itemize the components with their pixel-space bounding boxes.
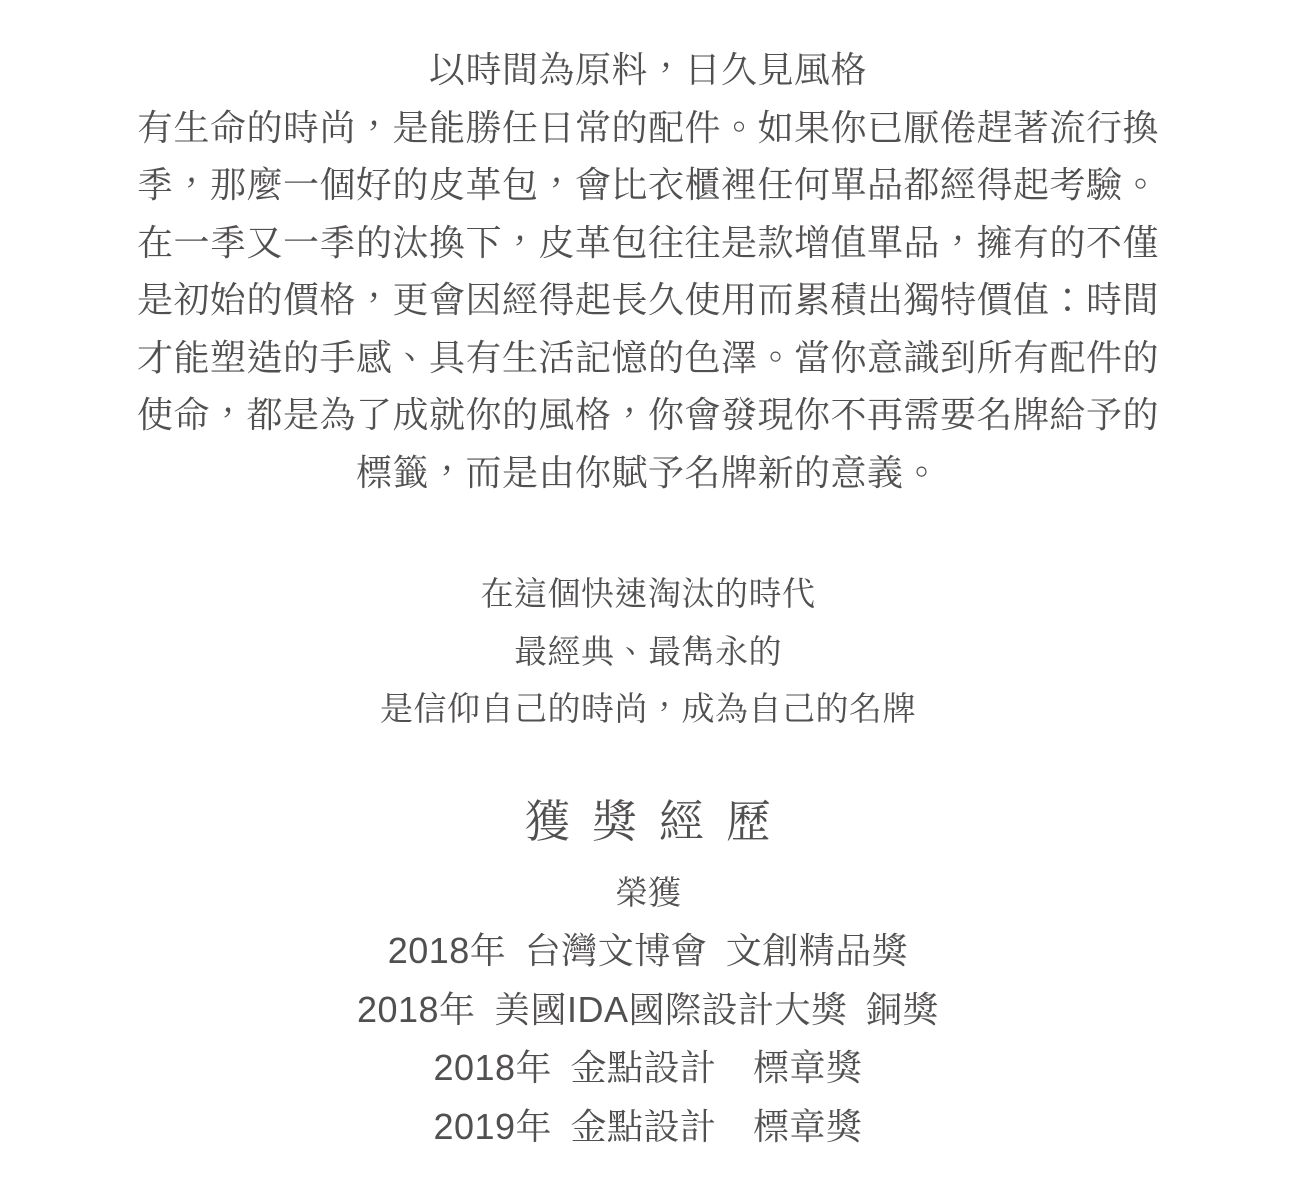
philosophy-line: 才能塑造的手感、具有生活記憶的色澤。當你意識到所有配件的 [0,329,1296,387]
philosophy-line: 有生命的時尚，是能勝任日常的配件。如果你已厭倦趕著流行換 [0,99,1296,157]
philosophy-line: 季，那麼一個好的皮革包，會比衣櫃裡任何單品都經得起考驗。 [0,156,1296,214]
award-item: 2019年 金點設計 標章獎 [0,1098,1296,1157]
slogan-line: 是信仰自己的時尚，成為自己的名牌 [0,680,1296,738]
awards-section: 獲獎經歷 榮獲 2018年 台灣文博會 文創精品獎 2018年 美國IDA國際設… [0,793,1296,1157]
philosophy-section: 以時間為原料，日久見風格 有生命的時尚，是能勝任日常的配件。如果你已厭倦趕著流行… [0,0,1296,501]
philosophy-line: 在一季又一季的汰換下，皮革包往往是款增值單品，擁有的不僅 [0,214,1296,272]
award-item: 2018年 美國IDA國際設計大獎 銅獎 [0,981,1296,1040]
award-item: 2018年 台灣文博會 文創精品獎 [0,922,1296,981]
awards-list: 2018年 台灣文博會 文創精品獎 2018年 美國IDA國際設計大獎 銅獎 2… [0,922,1296,1156]
philosophy-line: 標籤，而是由你賦予名牌新的意義。 [0,444,1296,502]
awards-subheading: 榮獲 [0,864,1296,923]
award-item: 2018年 金點設計 標章獎 [0,1039,1296,1098]
slogan-section: 在這個快速淘汰的時代 最經典、最雋永的 是信仰自己的時尚，成為自己的名牌 [0,565,1296,738]
philosophy-line: 使命，都是為了成就你的風格，你會發現你不再需要名牌給予的 [0,386,1296,444]
philosophy-title: 以時間為原料，日久見風格 [0,41,1296,99]
philosophy-line: 是初始的價格，更會因經得起長久使用而累積出獨特價值：時間 [0,271,1296,329]
awards-heading: 獲獎經歷 [0,793,1296,851]
slogan-line: 在這個快速淘汰的時代 [0,565,1296,623]
slogan-line: 最經典、最雋永的 [0,623,1296,681]
brand-story-page: 以時間為原料，日久見風格 有生命的時尚，是能勝任日常的配件。如果你已厭倦趕著流行… [0,0,1296,1200]
